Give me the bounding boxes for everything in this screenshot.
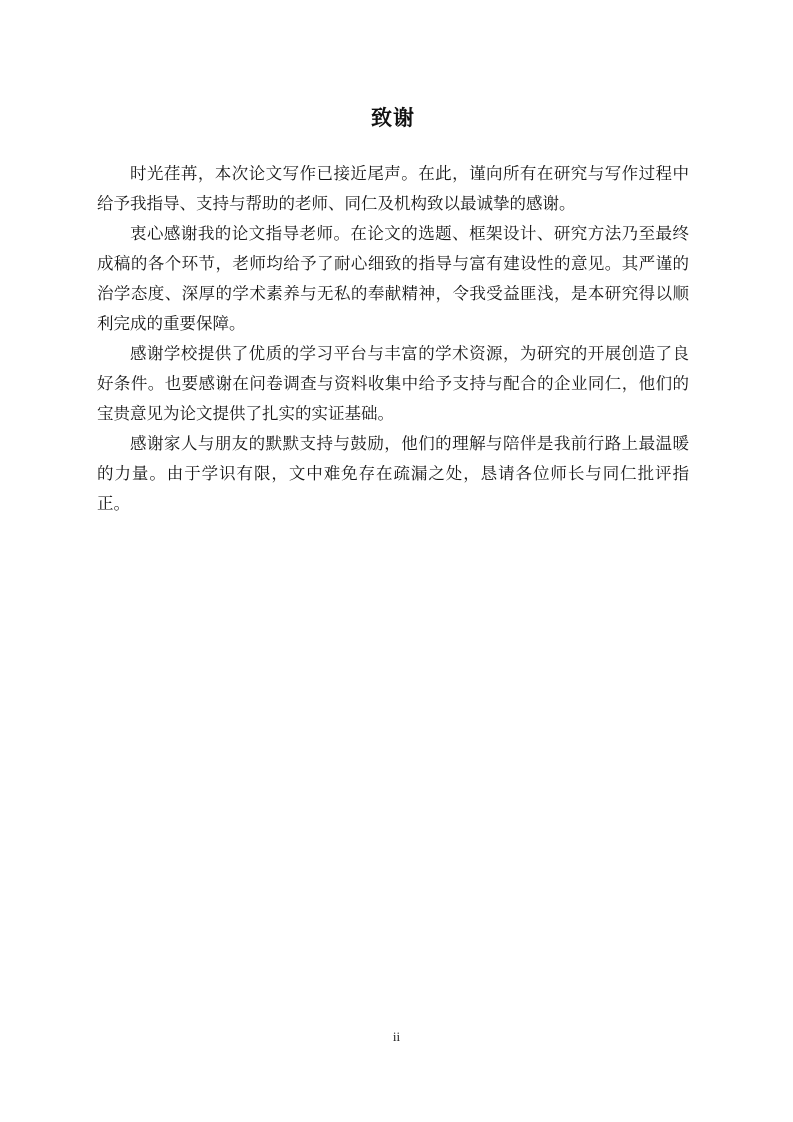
page-number: ii (0, 1029, 793, 1044)
acknowledgment-paragraph: 感谢学校提供了优质的学习平台与丰富的学术资源，为研究的开展创造了良好条件。也要感… (97, 339, 689, 429)
document-body: 时光荏苒，本次论文写作已接近尾声。在此，谨向所有在研究与写作过程中给予我指导、支… (97, 159, 689, 519)
document-title: 致谢 (97, 103, 689, 133)
acknowledgment-paragraph: 衷心感谢我的论文指导老师。在论文的选题、框架设计、研究方法乃至最终成稿的各个环节… (97, 219, 689, 339)
acknowledgment-paragraph: 时光荏苒，本次论文写作已接近尾声。在此，谨向所有在研究与写作过程中给予我指导、支… (97, 159, 689, 219)
document-page: 致谢 时光荏苒，本次论文写作已接近尾声。在此，谨向所有在研究与写作过程中给予我指… (0, 0, 793, 1122)
acknowledgment-paragraph: 感谢家人与朋友的默默支持与鼓励，他们的理解与陪伴是我前行路上最温暖的力量。由于学… (97, 429, 689, 519)
